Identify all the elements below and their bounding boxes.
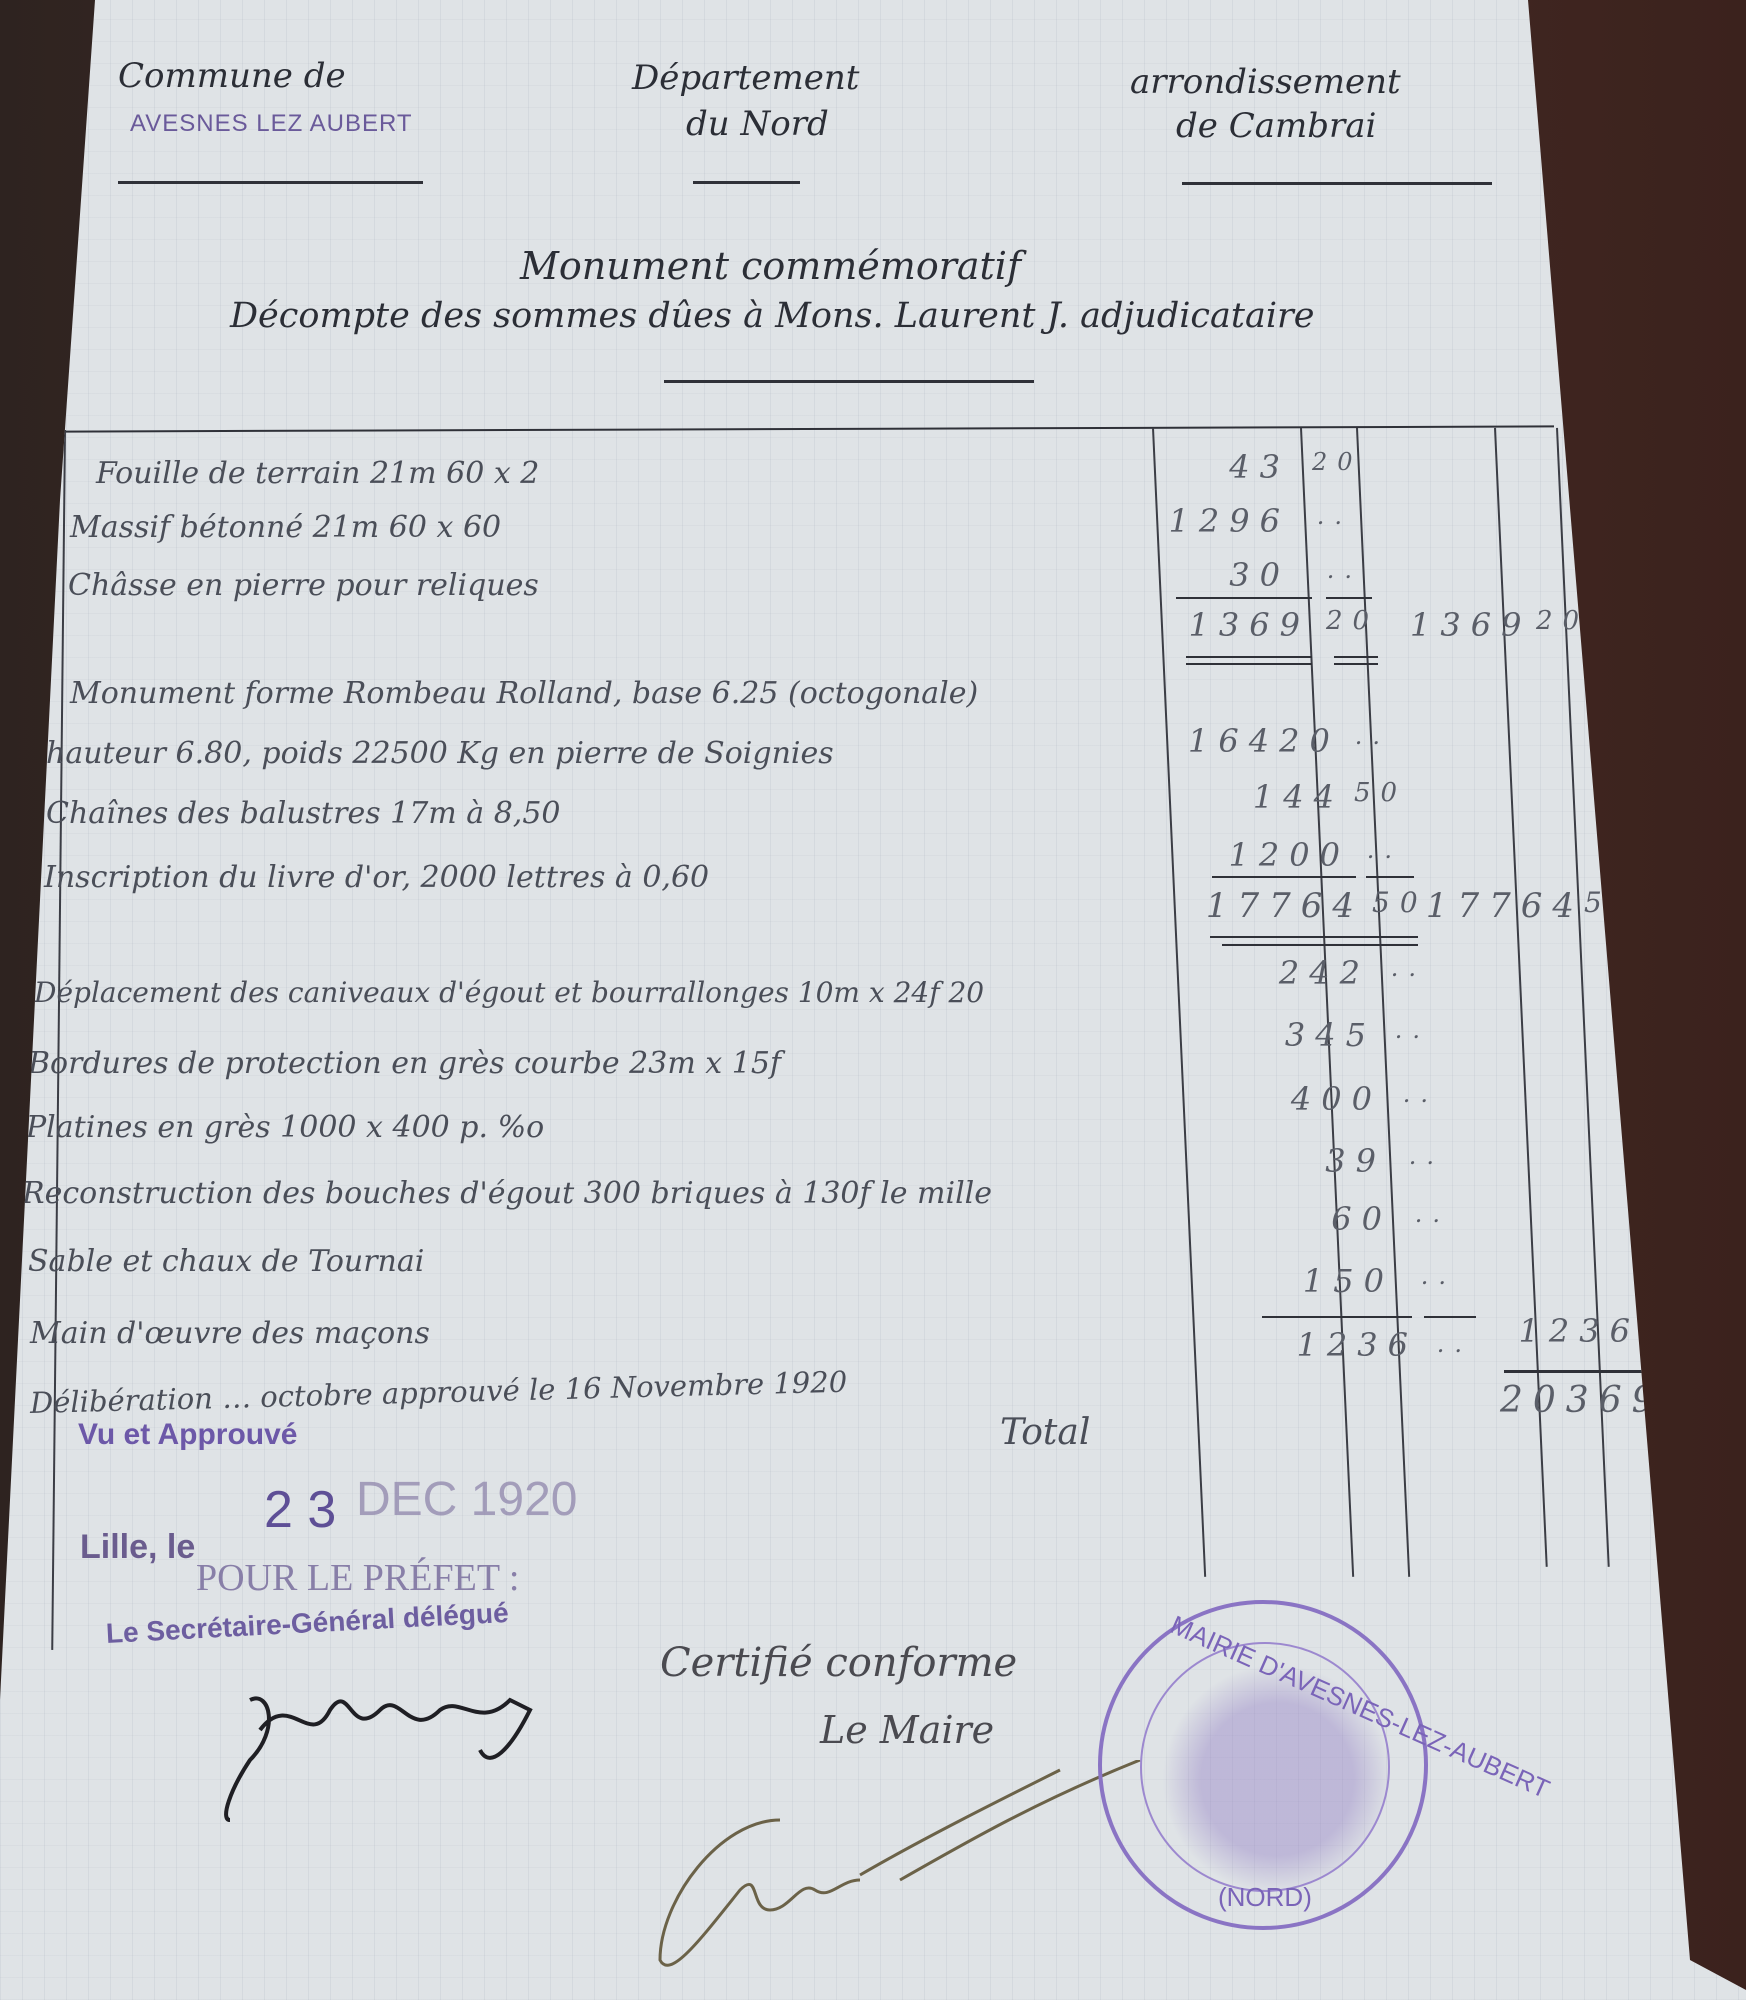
- col-cents-left: [1300, 428, 1354, 1577]
- carried-cents: 20: [1536, 606, 1580, 636]
- line-item-cents: ..: [1362, 836, 1402, 864]
- line-item-cents: ..: [1312, 502, 1352, 530]
- line-item-label: Châsse en pierre pour reliques: [68, 568, 539, 603]
- subtotal-cents: ..: [1432, 1330, 1472, 1358]
- line-item-cents: 50: [1354, 778, 1398, 808]
- line-item-francs: 16420: [1188, 722, 1338, 760]
- arrondissement-name: de Cambrai: [1176, 106, 1376, 146]
- line-item-label: Monument forme Rombeau Rolland, base 6.2…: [70, 676, 978, 711]
- double-rule: [1210, 936, 1418, 938]
- line-item-label: Main d'œuvre des maçons: [30, 1316, 430, 1351]
- line-item-cents: ..: [1398, 1080, 1438, 1108]
- line-item-francs: 1200: [1200, 836, 1350, 874]
- stamp-place-prefix: Lille, le: [80, 1528, 195, 1567]
- approved-stamp: Vu et Approuvé: [78, 1418, 297, 1452]
- departement-label: Département: [632, 58, 859, 98]
- carried-francs: 1236: [1500, 1312, 1640, 1350]
- title-line-2: Décompte des sommes dûes à Mons. Laurent…: [230, 296, 1314, 336]
- header-rule-left: [118, 181, 423, 184]
- subtotal-francs: 17764: [1204, 886, 1364, 926]
- subtotal-rule: [1424, 1316, 1476, 1318]
- subtotal-rule: [1262, 1316, 1412, 1318]
- line-item-francs: 43: [1160, 448, 1290, 486]
- commune-stamp: AVESNES LEZ AUBERT: [130, 110, 413, 138]
- line-item-francs: 150: [1294, 1262, 1394, 1300]
- double-rule: [1186, 663, 1312, 665]
- subtotal-francs: 1236: [1278, 1326, 1418, 1364]
- double-rule: [1222, 944, 1418, 946]
- line-item-label: Inscription du livre d'or, 2000 lettres …: [44, 860, 709, 895]
- line-item-label: Massif bétonné 21m 60 x 60: [70, 510, 501, 545]
- line-item-label: Sable et chaux de Tournai: [28, 1244, 424, 1279]
- subtotal-cents: 50: [1372, 886, 1416, 919]
- line-item-label: hauteur 6.80, poids 22500 Kg en pierre d…: [46, 736, 834, 771]
- certification-line-2: Le Maire: [820, 1708, 994, 1752]
- double-rule: [1186, 656, 1312, 658]
- title-rule: [664, 380, 1034, 383]
- subtotal-rule: [1176, 597, 1312, 599]
- line-item-cents: ..: [1404, 1142, 1444, 1170]
- certification-line-1: Certifié conforme: [660, 1640, 1017, 1686]
- subtotal-francs: 1369: [1170, 606, 1310, 644]
- line-item-francs: 1296: [1160, 502, 1290, 540]
- subtotal-rule: [1212, 876, 1356, 878]
- col-francs-left: [1152, 428, 1206, 1577]
- commune-label: Commune de: [118, 56, 346, 96]
- stamp-pour-le-prefet: POUR LE PRÉFET :: [196, 1556, 519, 1600]
- line-item-label: Déplacement des caniveaux d'égout et bou…: [34, 976, 984, 1009]
- line-item-label: Chaînes des balustres 17m à 8,50: [46, 796, 561, 831]
- line-item-francs: 39: [1300, 1142, 1386, 1180]
- line-item-cents: 20: [1312, 448, 1352, 476]
- line-item-cents: ..: [1350, 722, 1390, 750]
- line-item-cents: ..: [1390, 1016, 1430, 1044]
- subtotal-rule: [1326, 597, 1372, 599]
- document-page: Commune de AVESNES LEZ AUBERT Départemen…: [0, 0, 1746, 2000]
- total-label: Total: [1000, 1412, 1090, 1453]
- col-total-left: [1356, 428, 1410, 1577]
- subtotal-rule: [1366, 876, 1414, 878]
- deliberation-note: Délibération … octobre approuvé le 16 No…: [30, 1365, 848, 1420]
- line-item-francs: 60: [1300, 1200, 1392, 1238]
- mairie-seal: MAIRIE D'AVESNES-LEZ-AUBERT (NORD): [1098, 1600, 1428, 1930]
- line-item-label: Reconstruction des bouches d'égout 300 b…: [22, 1176, 992, 1211]
- double-rule: [1334, 656, 1378, 658]
- mayor-signature: [640, 1760, 1160, 1980]
- departement-name: du Nord: [686, 104, 829, 144]
- stamp-month-year: DEC 1920: [356, 1472, 577, 1527]
- carried-francs: 1369: [1410, 606, 1530, 644]
- stamp-day: 2 3: [264, 1480, 336, 1540]
- prefect-signature: [210, 1670, 550, 1830]
- line-item-cents: ..: [1416, 1262, 1456, 1290]
- header-rule-center: [693, 181, 800, 184]
- arrondissement-label: arrondissement: [1130, 62, 1401, 102]
- line-item-francs: 400: [1270, 1080, 1382, 1118]
- carried-francs: 17764: [1424, 886, 1584, 926]
- line-item-francs: 144: [1200, 778, 1344, 816]
- line-item-label: Bordures de protection en grès courbe 23…: [28, 1046, 781, 1081]
- seal-bottom-text: (NORD): [1218, 1882, 1312, 1913]
- line-item-cents: ..: [1386, 954, 1426, 982]
- title-line-1: Monument commémoratif: [520, 244, 1021, 288]
- stamp-secretary: Le Secrétaire-Général délégué: [105, 1597, 509, 1650]
- grand-total-francs: 20369: [1500, 1380, 1660, 1421]
- total-rule: [1504, 1370, 1646, 1373]
- line-item-label: Platines en grès 1000 x 400 p. %o: [26, 1110, 544, 1145]
- table-top-rule: [64, 425, 1554, 432]
- line-item-francs: 30: [1160, 556, 1290, 594]
- line-item-cents: ..: [1410, 1200, 1450, 1228]
- subtotal-cents: 20: [1326, 606, 1370, 636]
- double-rule: [1334, 663, 1378, 665]
- line-item-francs: 345: [1266, 1016, 1376, 1054]
- line-item-label: Fouille de terrain 21m 60 x 2: [96, 456, 539, 491]
- header-rule-right: [1182, 182, 1492, 185]
- line-item-francs: 242: [1260, 954, 1370, 992]
- line-item-cents: ..: [1322, 556, 1362, 584]
